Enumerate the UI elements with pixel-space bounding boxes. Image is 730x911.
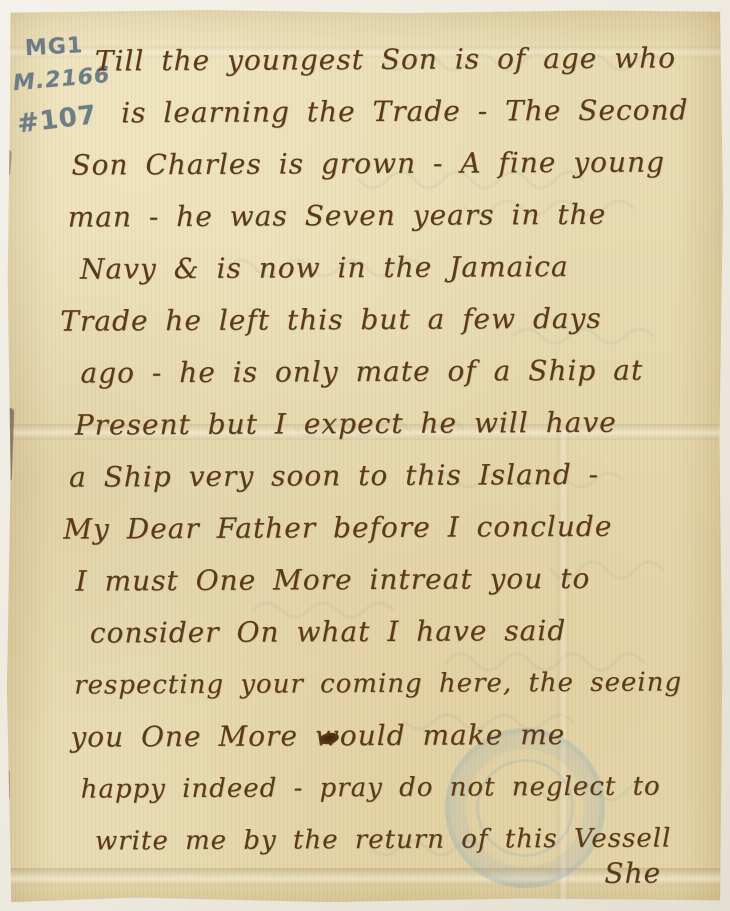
letter-line: respecting your coming here, the seeing	[56, 656, 704, 711]
letter-text: Till the youngest Son is of age who is l…	[53, 32, 706, 899]
letter-line: I must One More intreat you to	[55, 552, 703, 607]
letter-line: consider On what I have said	[56, 604, 704, 659]
letter-scan: MG1 M.2166 #107 Till the youngest Son is…	[0, 0, 730, 911]
torn-edge-mark	[3, 408, 15, 482]
torn-edge-mark	[4, 150, 12, 176]
letter-page: MG1 M.2166 #107 Till the youngest Son is…	[7, 10, 723, 903]
letter-line: Navy & is now in the Jamaica	[54, 240, 702, 295]
letter-line: you One More would make me	[56, 708, 704, 763]
letter-line: Till the youngest Son is of age who	[53, 32, 701, 87]
torn-edge-mark	[5, 770, 10, 800]
letter-line: a Ship very soon to this Island -	[55, 448, 703, 503]
letter-line: Trade he left this but a few days	[54, 292, 702, 347]
letter-line: My Dear Father before I conclude	[55, 500, 703, 555]
letter-line: ago - he is only mate of a Ship at	[54, 344, 702, 399]
letter-line: Present but I expect he will have	[55, 396, 703, 451]
letter-line: happy indeed - pray do not neglect to	[57, 760, 705, 815]
letter-line: is learning the Trade - The Second	[53, 84, 701, 139]
letter-line: man - he was Seven years in the	[54, 188, 702, 243]
letter-line: Son Charles is grown - A fine young	[53, 136, 701, 191]
